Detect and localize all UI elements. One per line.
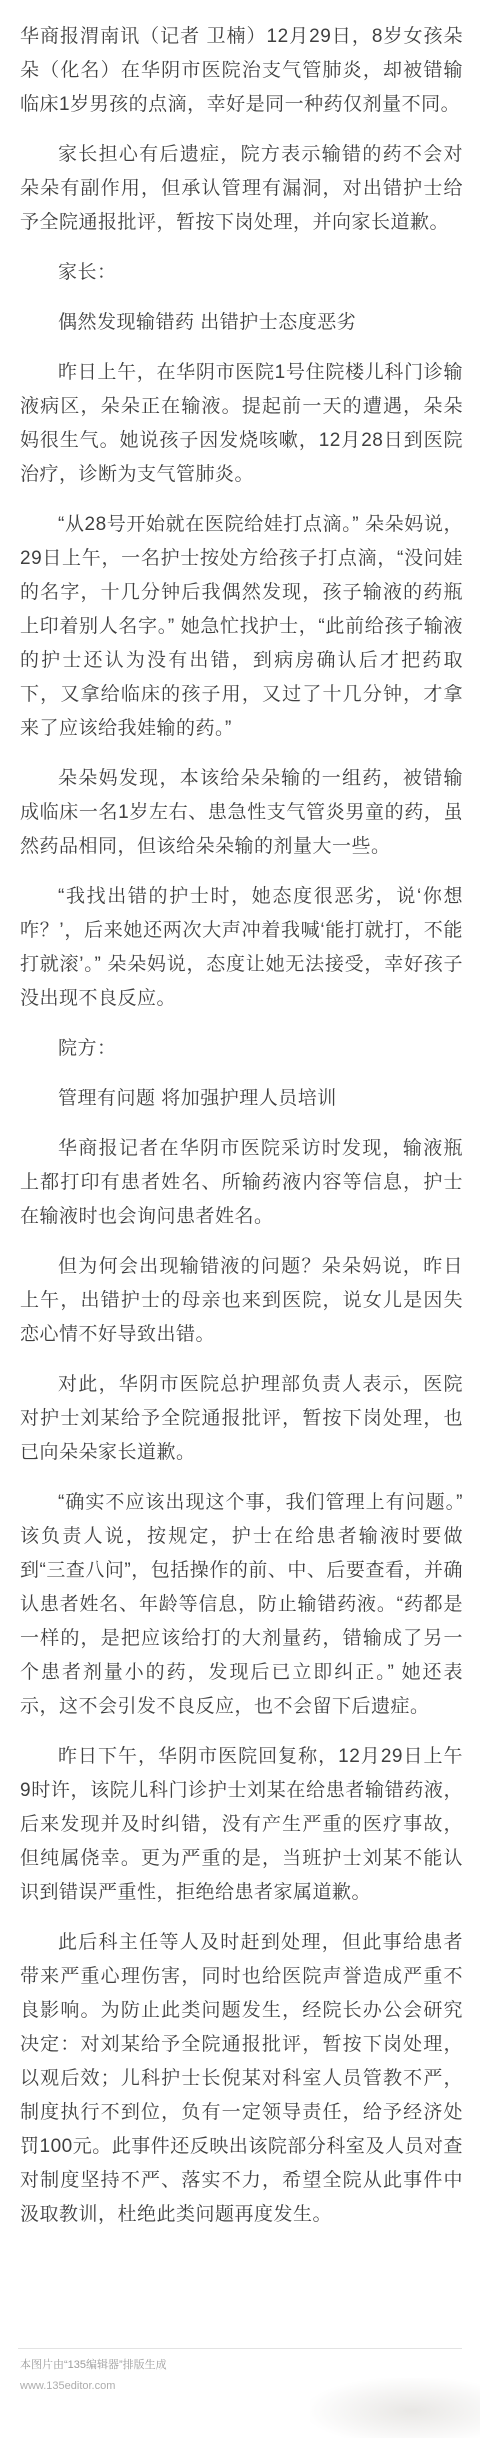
paragraph: 华商报记者在华阴市医院采访时发现，输液瓶上都打印有患者姓名、所输药液内容等信息，…	[20, 1132, 463, 1234]
article-page: 华商报渭南讯（记者 卫楠）12月29日，8岁女孩朵朵（化名）在华阴市医院治支气管…	[0, 0, 480, 2440]
paragraph: 家长担心有后遗症，院方表示输错的药不会对朵朵有副作用，但承认管理有漏洞，对出错护…	[20, 138, 463, 240]
paragraph: 朵朵妈发现，本该给朵朵输的一组药，被错输成临床一名1岁左右、患急性支气管炎男童的…	[20, 762, 463, 864]
article-body: 华商报渭南讯（记者 卫楠）12月29日，8岁女孩朵朵（化名）在华阴市医院治支气管…	[20, 20, 463, 2248]
paragraph: 此后科主任等人及时赶到处理，但此事给患者带来严重心理伤害，同时也给医院声誉造成严…	[20, 1926, 463, 2232]
paragraph: “确实不应该出现这个事，我们管理上有问题。” 该负责人说，按规定，护士在给患者输…	[20, 1486, 463, 1724]
article-lead: 华商报渭南讯（记者 卫楠）12月29日，8岁女孩朵朵（化名）在华阴市医院治支气管…	[20, 20, 463, 122]
footer: 本图片由“135编辑器”排版生成 www.135editor.com	[0, 2348, 480, 2393]
paragraph: 昨日下午，华阴市医院回复称，12月29日上午9时许，该院儿科门诊护士刘某在给患者…	[20, 1740, 463, 1910]
paragraph: “我找出错的护士时，她态度很恶劣，说‘你想咋？’，后来她还两次大声冲着我喊‘能打…	[20, 880, 463, 1016]
paragraph: 但为何会出现输错液的问题？朵朵妈说，昨日上午，出错护士的母亲也来到医院，说女儿是…	[20, 1250, 463, 1352]
section-subhead: 偶然发现输错药 出错护士态度恶劣	[20, 306, 463, 340]
footer-url: www.135editor.com	[20, 2379, 480, 2393]
footer-credit: 本图片由“135编辑器”排版生成	[20, 2358, 480, 2372]
section-subhead: 管理有问题 将加强护理人员培训	[20, 1082, 463, 1116]
paragraph: 对此，华阴市医院总护理部负责人表示，医院对护士刘某给予全院通报批评，暂按下岗处理…	[20, 1368, 463, 1470]
paragraph: 昨日上午，在华阴市医院1号住院楼儿科门诊输液病区，朵朵正在输液。提起前一天的遭遇…	[20, 356, 463, 492]
section-label: 院方：	[20, 1032, 463, 1066]
section-label: 家长：	[20, 256, 463, 290]
paragraph: “从28号开始就在医院给娃打点滴。” 朵朵妈说，29日上午，一名护士按处方给孩子…	[20, 508, 463, 746]
footer-divider	[18, 2348, 462, 2349]
